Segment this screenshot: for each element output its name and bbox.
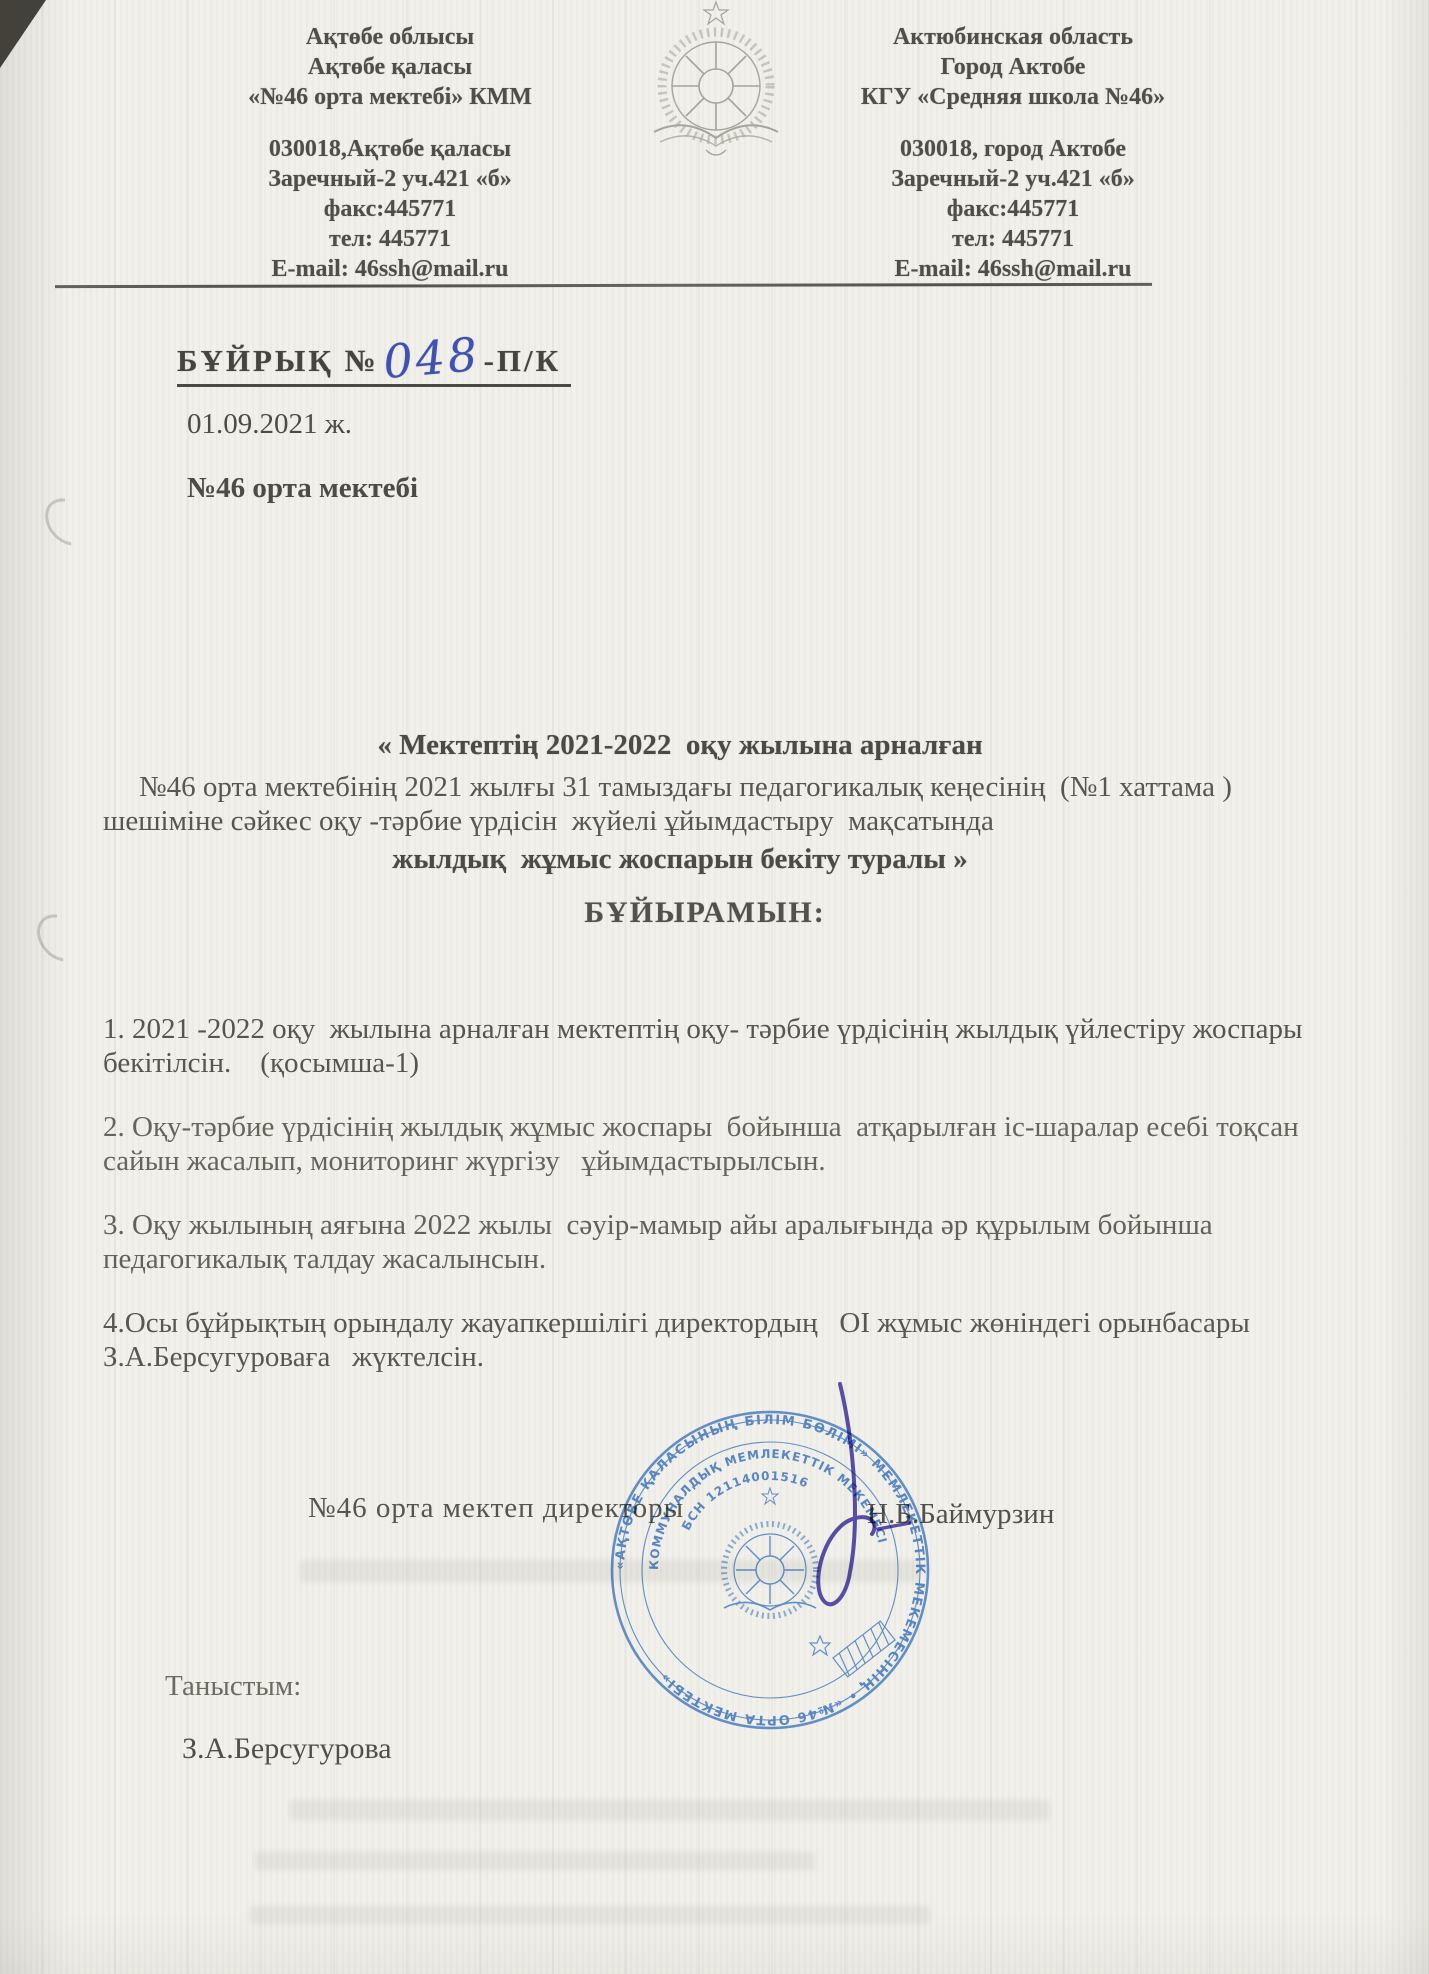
binding-mark — [28, 905, 93, 970]
order-label-prefix: БҰЙРЫҚ № — [177, 343, 379, 378]
address-line: 030018,Ақтөбе қаласы — [205, 134, 575, 164]
letterhead-left: Ақтөбе облысы Ақтөбе қаласы «№46 орта ме… — [205, 22, 575, 284]
address-line: тел: 445771 — [828, 224, 1198, 254]
resolution-heading: БҰЙЫРАМЫН: — [540, 896, 870, 930]
preamble-paragraph: №46 орта мектебінің 2021 жылғы 31 тамызд… — [103, 770, 1268, 838]
handwritten-order-number: 048 — [382, 339, 481, 377]
order-item-1: 1. 2021 -2022 оқу жылына арналған мектеп… — [103, 1012, 1328, 1080]
order-item-4: 4.Осы бұйрықтың орындалу жауапкершілігі … — [103, 1306, 1328, 1374]
letterhead-right: Актюбинская область Город Актобе КГУ «Ср… — [828, 22, 1198, 284]
order-date: 01.09.2021 ж. — [187, 408, 352, 441]
org-line: Город Актобе — [828, 52, 1198, 82]
address-line: тел: 445771 — [205, 224, 575, 254]
scan-corner-artifact — [0, 0, 46, 68]
bleedthrough-smudge — [290, 1800, 1050, 1820]
order-item-2: 2. Оқу-тәрбие үрдісінің жылдық жұмыс жос… — [103, 1110, 1328, 1178]
bleedthrough-smudge — [250, 1906, 930, 1924]
address-line: факс:445771 — [828, 194, 1198, 224]
document-title-line: « Мектептің 2021-2022 оқу жылына арналға… — [340, 726, 1020, 764]
acknowledged-name: З.А.Берсугурова — [182, 1732, 392, 1766]
address-line: факс:445771 — [205, 194, 575, 224]
order-item-3: 3. Оқу жылының аяғына 2022 жылы сәуір-ма… — [103, 1208, 1328, 1276]
kazakhstan-state-emblem-icon — [640, 0, 792, 168]
address-line: E-mail: 46ssh@mail.ru — [205, 254, 575, 284]
address-line: Заречный-2 уч.421 «б» — [205, 164, 575, 194]
org-line: Ақтөбе қаласы — [205, 52, 575, 82]
school-name: №46 орта мектебі — [187, 472, 418, 505]
org-line: КГУ «Средняя школа №46» — [828, 82, 1198, 112]
org-line: Ақтөбе облысы — [205, 22, 575, 52]
order-label-suffix: -П/К — [484, 343, 562, 378]
scanned-order-document: Ақтөбе облысы Ақтөбе қаласы «№46 орта ме… — [0, 0, 1429, 1974]
address-line: E-mail: 46ssh@mail.ru — [828, 254, 1198, 284]
org-line: «№46 орта мектебі» КММ — [205, 82, 575, 112]
address-line: 030018, город Актобе — [828, 134, 1198, 164]
binding-mark — [36, 489, 101, 554]
org-line: Актюбинская область — [828, 22, 1198, 52]
address-line: Заречный-2 уч.421 «б» — [828, 164, 1198, 194]
document-title-line: жылдық жұмыс жоспарын бекіту туралы » — [340, 840, 1020, 878]
director-signature-ink — [770, 1372, 970, 1642]
bleedthrough-smudge — [255, 1852, 815, 1870]
order-number-line: БҰЙРЫҚ №048-П/К — [177, 340, 571, 387]
acknowledged-label: Таныстым: — [165, 1670, 301, 1703]
